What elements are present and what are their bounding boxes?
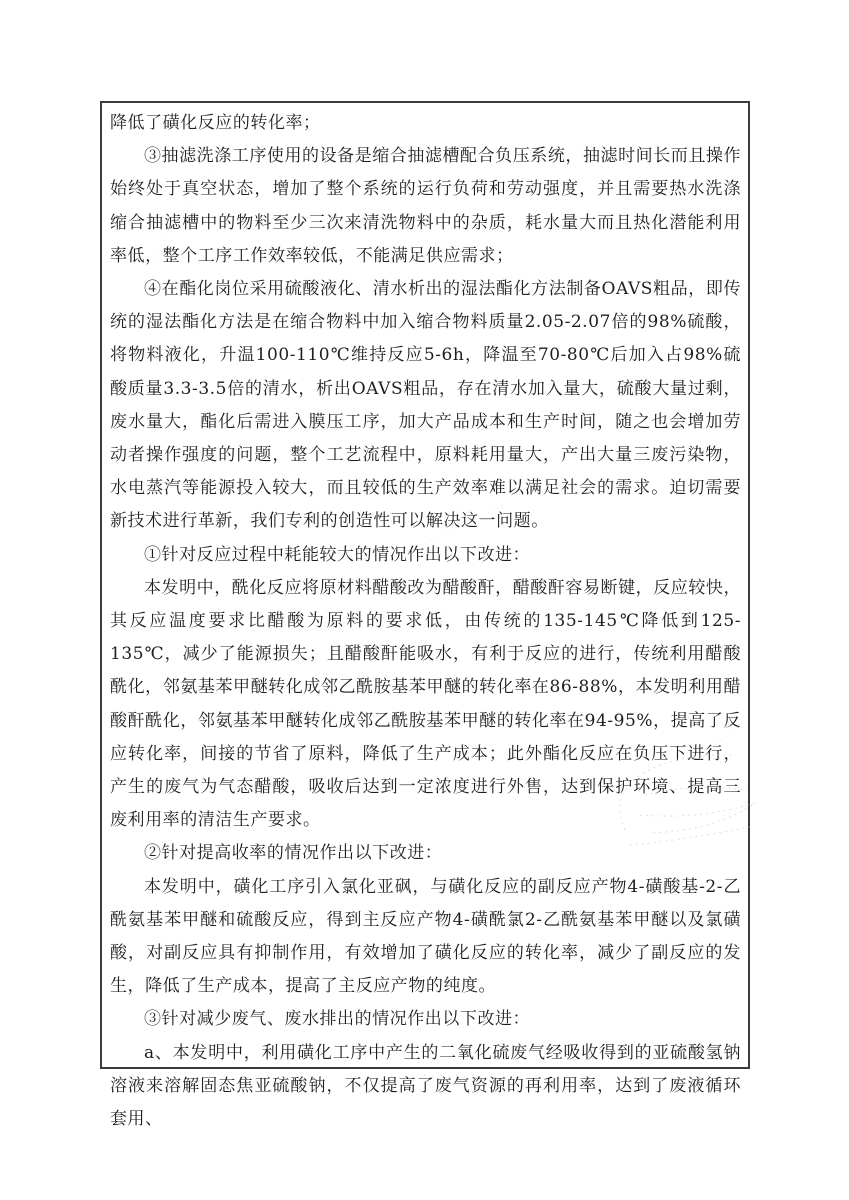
paragraph-item-4-esterification: ④在酯化岗位采用硫酸液化、清水析出的湿法酯化方法制备OAVS粗品，即传统的湿法酯…	[110, 273, 741, 539]
paragraph-improvement-2-heading: ②针对提高收率的情况作出以下改进：	[110, 837, 741, 870]
paragraph-improvement-2-body: 本发明中，磺化工序引入氯化亚砜，与磺化反应的副反应产物4-磺酸基-2-乙酰氨基苯…	[110, 871, 741, 1004]
paragraph-continuation: 降低了磺化反应的转化率；	[110, 107, 741, 140]
paragraph-item-3-filtration: ③抽滤洗涤工序使用的设备是缩合抽滤槽配合负压系统，抽滤时间长而且操作始终处于真空…	[110, 140, 741, 273]
document-page: 降低了磺化反应的转化率； ③抽滤洗涤工序使用的设备是缩合抽滤槽配合负压系统，抽滤…	[0, 0, 849, 1200]
paragraph-improvement-1-body: 本发明中，酰化反应将原材料醋酸改为醋酸酐，醋酸酐容易断键，反应较快，其反应温度要…	[110, 572, 741, 838]
paragraph-improvement-1-heading: ①针对反应过程中耗能较大的情况作出以下改进：	[110, 539, 741, 572]
paragraph-improvement-3-heading: ③针对减少废气、废水排出的情况作出以下改进：	[110, 1003, 741, 1036]
text-frame: 降低了磺化反应的转化率； ③抽滤洗涤工序使用的设备是缩合抽滤槽配合负压系统，抽滤…	[100, 101, 750, 1069]
paragraph-improvement-3-body: a、本发明中，利用磺化工序中产生的二氧化硫废气经吸收得到的亚硫酸氢钠溶液来溶解固…	[110, 1037, 741, 1137]
